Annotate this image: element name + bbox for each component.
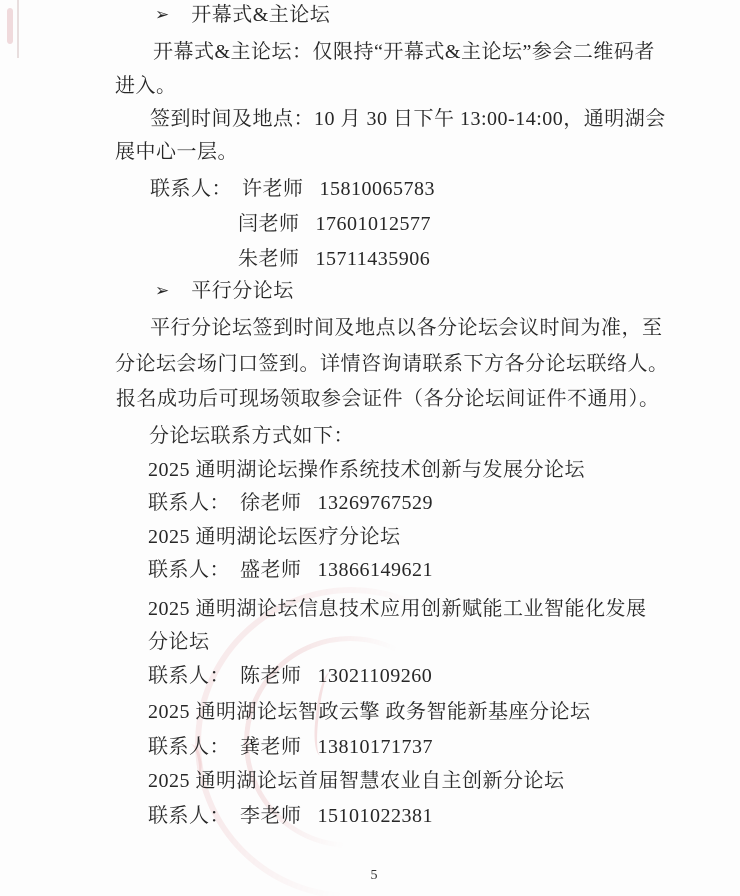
forum-contact-row: 联系人： 陈老师 13021109260 [148,663,432,689]
opening-contact-row: 联系人： 许老师 15810065783 [150,176,435,202]
contact-name: 闫老师 [238,211,300,237]
parallel-body-line1: 平行分论坛签到时间及地点以各分论坛会议时间为准，至 [150,315,663,341]
contact-name: 陈老师 [240,663,302,689]
contact-label: 联系人： [148,490,230,516]
page-number: 5 [360,868,388,884]
contact-phone: 13021109260 [318,663,433,689]
contact-phone: 15101022381 [318,803,434,829]
opening-contact-row: 闫老师 17601012577 [238,211,431,237]
contact-name: 李老师 [240,803,302,829]
scan-artifact-line [17,0,19,58]
section-opening-title: 开幕式&主论坛 [191,2,330,28]
forum-name: 2025 通明湖论坛信息技术应用创新赋能工业智能化发展 [148,596,647,622]
parallel-body-line2: 分论坛会场门口签到。详情咨询请联系下方各分论坛联络人。 [115,351,669,377]
contact-phone: 13866149621 [318,557,434,583]
opening-signin-line1: 签到时间及地点：10 月 30 日下午 13:00-14:00，通明湖会 [150,106,666,132]
scan-artifact-smudge [7,8,13,44]
section-parallel-title: 平行分论坛 [191,278,294,304]
contact-phone: 15810065783 [320,176,436,202]
contact-label: 联系人： [148,663,230,689]
forum-contact-row: 联系人： 李老师 15101022381 [148,803,433,829]
contact-label: 联系人： [150,176,232,202]
opening-intro-line1: 开幕式&主论坛：仅限持“开幕式&主论坛”参会二维码者 [153,39,655,65]
contact-name: 许老师 [242,176,304,202]
arrowhead-bullet-icon: ➢ [155,278,169,304]
document-page: ➢ 开幕式&主论坛 开幕式&主论坛：仅限持“开幕式&主论坛”参会二维码者 进入。… [0,0,740,896]
contact-name: 朱老师 [238,246,300,272]
opening-contact-row: 朱老师 15711435906 [238,246,430,272]
section-parallel-heading: ➢ 平行分论坛 [155,278,294,304]
contact-phone: 13810171737 [318,734,434,760]
forum-name: 2025 通明湖论坛智政云擎 政务智能新基座分论坛 [148,699,591,725]
forum-name: 2025 通明湖论坛医疗分论坛 [148,524,401,550]
opening-intro-line2: 进入。 [115,73,177,99]
forum-contact-row: 联系人： 盛老师 13866149621 [148,557,433,583]
parallel-body-line3: 报名成功后可现场领取参会证件（各分论坛间证件不通用）。 [116,386,660,412]
contact-name: 龚老师 [240,734,302,760]
contact-phone: 13269767529 [318,490,434,516]
arrowhead-bullet-icon: ➢ [155,2,169,28]
forum-name-continued: 分论坛 [148,629,210,655]
contact-label: 联系人： [148,803,230,829]
forum-name: 2025 通明湖论坛首届智慧农业自主创新分论坛 [148,768,565,794]
contact-name: 盛老师 [240,557,302,583]
opening-signin-line2: 展中心一层。 [115,139,238,165]
contact-name: 徐老师 [240,490,302,516]
contact-label: 联系人： [148,557,230,583]
forum-contact-row: 联系人： 龚老师 13810171737 [148,734,433,760]
parallel-list-intro: 分论坛联系方式如下： [149,423,354,449]
contact-phone: 17601012577 [316,211,432,237]
section-opening-heading: ➢ 开幕式&主论坛 [155,2,330,28]
forum-contact-row: 联系人： 徐老师 13269767529 [148,490,433,516]
forum-name: 2025 通明湖论坛操作系统技术创新与发展分论坛 [148,457,585,483]
contact-label: 联系人： [148,734,230,760]
contact-phone: 15711435906 [316,246,431,272]
